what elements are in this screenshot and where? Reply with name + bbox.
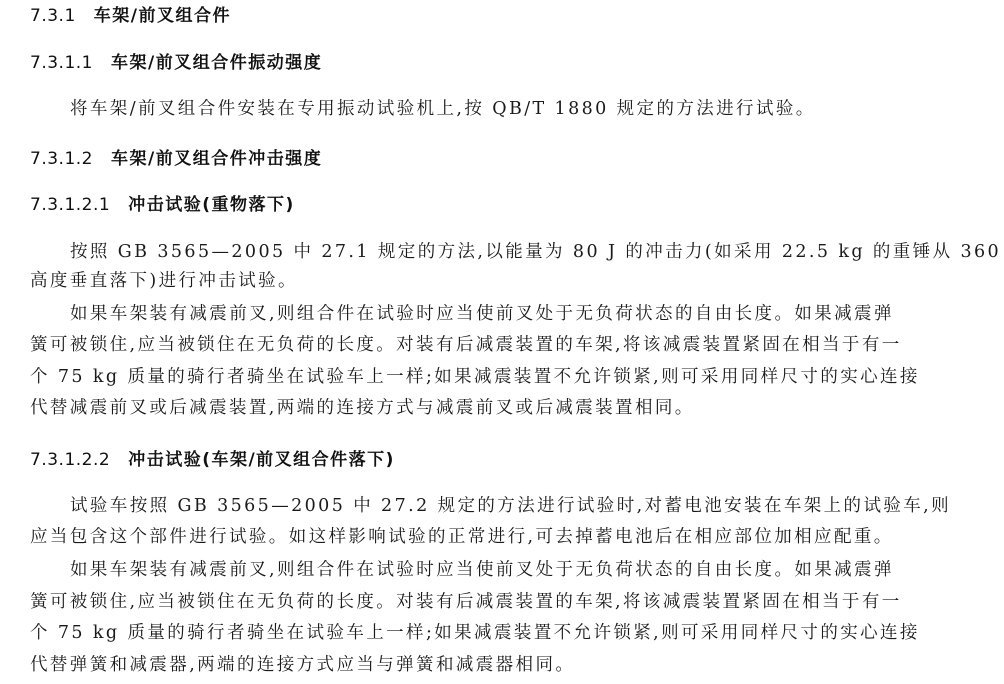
section-title: 车架/前叉组合件 <box>94 6 231 26</box>
section-title: 冲击试验(车架/前叉组合件落下) <box>128 450 395 470</box>
paragraph-line: 应当包含这个部件进行试验。如这样影响试验的正常进行,可去掉蓄电池后在相应部位加相… <box>30 523 894 548</box>
section-number: 7.3.1.2.1 <box>30 195 110 215</box>
section-number: 7.3.1 <box>30 6 76 26</box>
paragraph-line: 如果车架装有减震前叉,则组合件在试验时应当使前叉处于无负荷状态的自由长度。如果减… <box>70 556 894 581</box>
section-number: 7.3.1.2.2 <box>30 450 110 470</box>
paragraph-line: 个 75 kg 质量的骑行者骑坐在试验车上一样;如果减震装置不允许锁紧,则可采用… <box>30 619 920 644</box>
paragraph-line: 个 75 kg 质量的骑行者骑坐在试验车上一样;如果减震装置不允许锁紧,则可采用… <box>30 363 920 388</box>
section-number: 7.3.1.1 <box>30 53 93 73</box>
section-heading-7-3-1-2-1: 7.3.1.2.1冲击试验(重物落下) <box>30 190 295 215</box>
document-page: 7.3.1车架/前叉组合件 7.3.1.1车架/前叉组合件振动强度 将车架/前叉… <box>0 0 1004 684</box>
paragraph-line: 簧可被锁住,应当被锁住在无负荷的长度。对装有后减震装置的车架,将该减震装置紧固在… <box>30 331 902 356</box>
section-number: 7.3.1.2 <box>30 149 93 169</box>
section-heading-7-3-1: 7.3.1车架/前叉组合件 <box>30 1 231 26</box>
paragraph-line: 试验车按照 GB 3565—2005 中 27.2 规定的方法进行试验时,对蓄电… <box>70 492 951 517</box>
paragraph-line: 代替弹簧和减震器,两端的连接方式应当与弹簧和减震器相同。 <box>30 651 575 676</box>
paragraph-line: 高度垂直落下)进行冲击试验。 <box>30 267 298 292</box>
section-heading-7-3-1-2-2: 7.3.1.2.2冲击试验(车架/前叉组合件落下) <box>30 445 395 470</box>
paragraph-line: 按照 GB 3565—2005 中 27.1 规定的方法,以能量为 80 J 的… <box>70 238 1004 263</box>
section-heading-7-3-1-2: 7.3.1.2车架/前叉组合件冲击强度 <box>30 144 322 169</box>
paragraph-line: 如果车架装有减震前叉,则组合件在试验时应当使前叉处于无负荷状态的自由长度。如果减… <box>70 300 894 325</box>
paragraph-line: 簧可被锁住,应当被锁住在无负荷的长度。对装有后减震装置的车架,将该减震装置紧固在… <box>30 588 902 613</box>
section-title: 车架/前叉组合件振动强度 <box>111 53 322 73</box>
section-title: 冲击试验(重物落下) <box>128 195 295 215</box>
paragraph-line: 代替减震前叉或后减震装置,两端的连接方式与减震前叉或后减震装置相同。 <box>30 394 695 419</box>
section-heading-7-3-1-1: 7.3.1.1车架/前叉组合件振动强度 <box>30 48 322 73</box>
paragraph-line: 将车架/前叉组合件安装在专用振动试验机上,按 QB/T 1880 规定的方法进行… <box>70 95 816 120</box>
section-title: 车架/前叉组合件冲击强度 <box>111 149 322 169</box>
